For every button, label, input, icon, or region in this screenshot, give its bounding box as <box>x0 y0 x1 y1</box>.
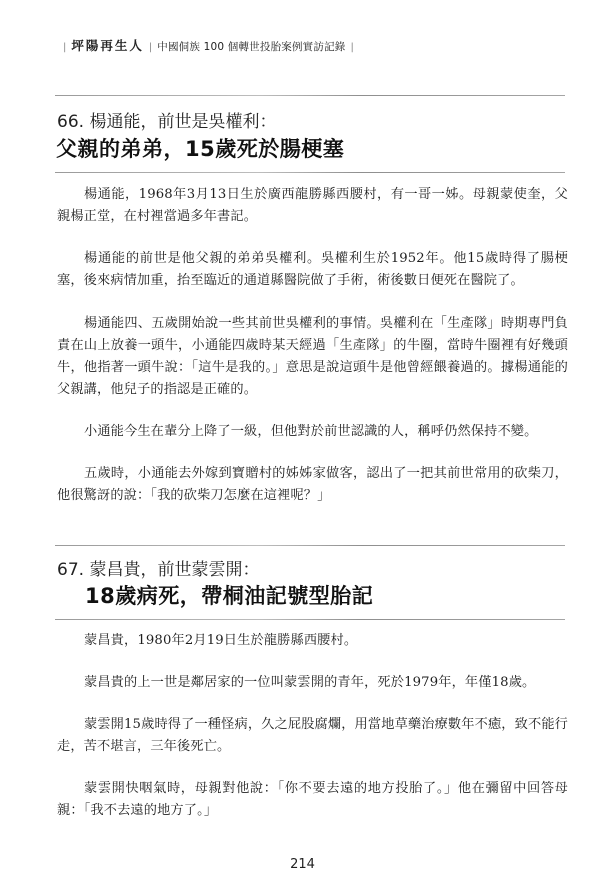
body-paragraph: 蒙雲開15歲時得了一種怪病，久之屁股腐爛，用當地草藥治療數年不癒，致不能行走，苦… <box>57 714 568 758</box>
section-rule-top <box>55 545 565 546</box>
body-paragraph: 蒙雲開快咽氣時，母親對他說：「你不要去遠的地方投胎了。」他在彌留中回答母親：「我… <box>57 778 568 822</box>
body-paragraph: 五歲時，小通能去外嫁到寶贈村的姊姊家做客，認出了一把其前世常用的砍柴刀，他很驚訝… <box>57 463 568 507</box>
section-kicker: 66. 楊通能，前世是吳權利： <box>57 111 276 133</box>
section-kicker: 67. 蒙昌貴，前世蒙雲開： <box>57 559 259 581</box>
header-separator: | <box>350 42 353 53</box>
section-title: 父親的弟弟，15歲死於腸梗塞 <box>56 135 344 163</box>
body-paragraph: 小通能今生在輩分上降了一級，但他對於前世認識的人，稱呼仍然保持不變。 <box>57 421 568 443</box>
body-paragraph: 蒙昌貴的上一世是鄰居家的一位叫蒙雲開的青年，死於1979年，年僅18歲。 <box>57 672 568 694</box>
section-rule-bottom <box>55 172 565 173</box>
book-subtitle: 中國侗族 100 個轉世投胎案例實訪記錄 <box>157 41 345 53</box>
body-paragraph: 楊通能的前世是他父親的弟弟吳權利。吳權利生於1952年。他15歲時得了腸梗塞，後… <box>57 248 568 292</box>
page-number: 214 <box>0 857 605 872</box>
header-separator: | <box>63 42 66 53</box>
body-paragraph: 楊通能四、五歲開始說一些其前世吳權利的事情。吳權利在「生產隊」時期專門負責在山上… <box>57 313 568 401</box>
body-paragraph: 楊通能，1968年3月13日生於廣西龍勝縣西腰村，有一哥一姊。母親蒙使奎，父親楊… <box>57 184 568 228</box>
book-page: |坪陽再生人|中國侗族 100 個轉世投胎案例實訪記錄| 66. 楊通能，前世是… <box>0 0 605 896</box>
section-rule-bottom <box>55 619 565 620</box>
body-paragraph: 蒙昌貴，1980年2月19日生於龍勝縣西腰村。 <box>57 630 568 652</box>
running-header: |坪陽再生人|中國侗族 100 個轉世投胎案例實訪記錄| <box>58 38 359 56</box>
section-title: 18歲病死，帶桐油記號型胎記 <box>85 582 373 610</box>
header-separator: | <box>149 42 152 53</box>
book-title: 坪陽再生人 <box>71 38 144 53</box>
section-rule-top <box>55 95 565 96</box>
